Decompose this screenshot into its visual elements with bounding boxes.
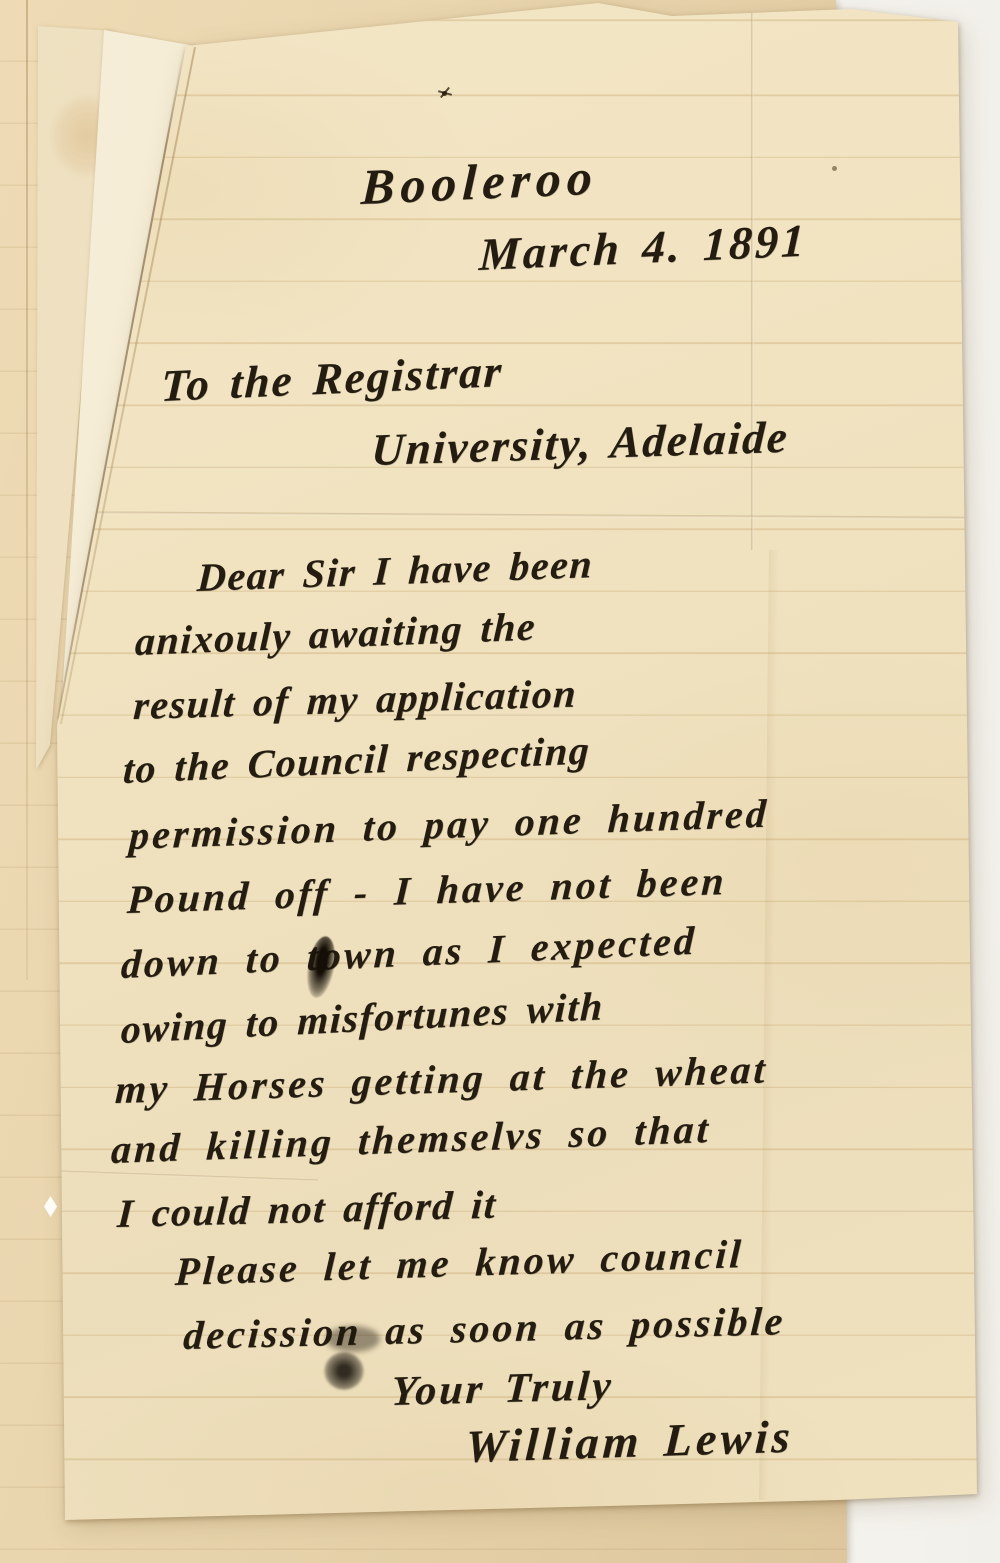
body-line: Please let me know council (174, 1230, 745, 1295)
closing-line: Your Truly (390, 1362, 615, 1416)
ink-smudge (326, 1326, 380, 1352)
ink-speck (832, 166, 837, 171)
body-line: owing to misfortunes with (120, 982, 605, 1053)
ink-speck (438, 86, 452, 99)
recipient-line-2: University, Adelaide (370, 411, 790, 476)
letter-date: March 4. 1891 (478, 214, 808, 281)
fold-crease-vertical-lower (759, 550, 783, 1500)
body-line: decission as soon as possible (182, 1297, 787, 1359)
body-line: my Horses getting at the wheat (114, 1045, 769, 1113)
ink-speck (48, 1158, 52, 1165)
body-line: result of my application (132, 670, 579, 729)
body-line: down to town as I expected (120, 917, 698, 988)
body-line: and killing themselvs so that (110, 1105, 712, 1173)
body-line: permission to pay one hundred (128, 790, 770, 859)
recipient-line-1: To the Registrar (160, 345, 504, 412)
ink-speck (50, 1242, 54, 1248)
fold-crease-vertical (751, 10, 754, 550)
fold-crease-horizontal (60, 511, 975, 520)
fold-crease-horizontal-lower (58, 1170, 318, 1181)
body-line: to the Council respecting (122, 726, 591, 793)
letter-sheet-layer: Booleroo March 4. 1891 To the Registrar … (0, 0, 1000, 1563)
letter-sheet: Booleroo March 4. 1891 To the Registrar … (0, 0, 1000, 1563)
signature-line: William Lewis (464, 1410, 795, 1473)
letter-place: Booleroo (360, 148, 599, 216)
body-line: Dear Sir I have been (196, 540, 594, 601)
scanned-letter-page: { "letter": { "place": "Booleroo", "date… (0, 0, 1000, 1563)
body-line: Pound off - I have not been (126, 857, 728, 923)
ink-smudge (324, 1352, 364, 1390)
body-line: I could not afford it (116, 1181, 498, 1237)
body-line: anixouly awaiting the (134, 602, 537, 665)
